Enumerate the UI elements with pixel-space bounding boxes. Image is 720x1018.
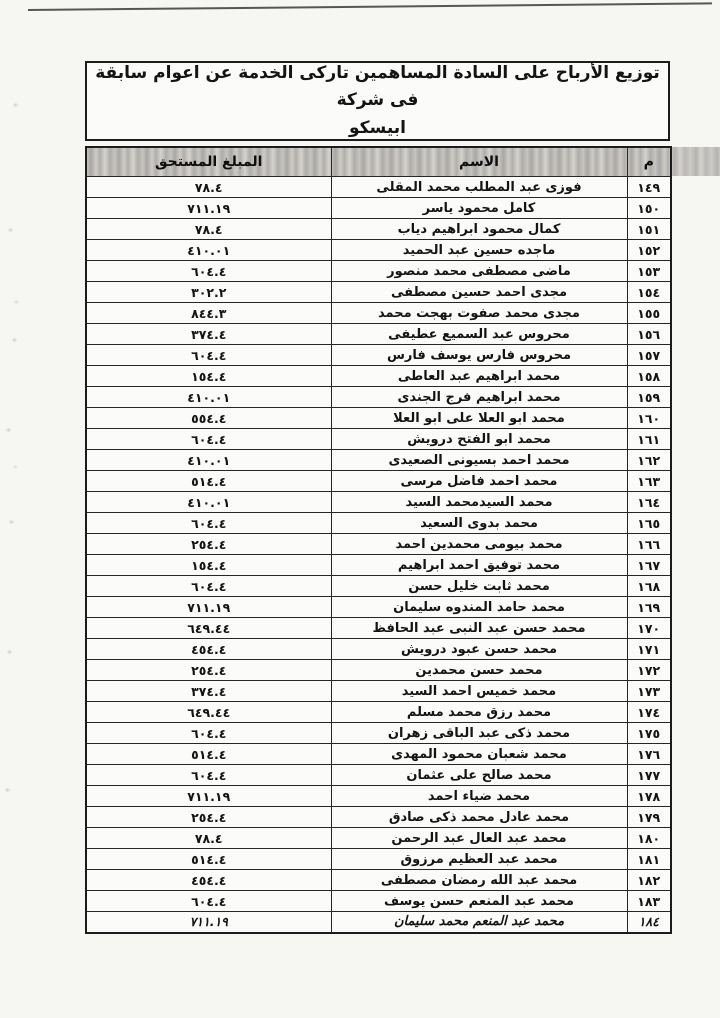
cell-amount-due: ٦٠٤.٤ bbox=[86, 891, 331, 912]
column-header-amount-due: المبلغ المستحق bbox=[86, 147, 331, 177]
column-header-name: الاسم bbox=[331, 147, 627, 177]
table-row: ١٥٠كامل محمود ياسر٧١١.١٩ bbox=[86, 198, 671, 219]
cell-shareholder-name: محمد حسن عبود درويش bbox=[331, 639, 627, 660]
cell-amount-due: ٦٤٩.٤٤ bbox=[86, 618, 331, 639]
cell-amount-due: ٤١٠.٠١ bbox=[86, 450, 331, 471]
cell-row-number: ١٦١ bbox=[627, 429, 671, 450]
cell-shareholder-name: محمد بيومى محمدين احمد bbox=[331, 534, 627, 555]
table-row: ١٨٠محمد عبد العال عبد الرحمن٧٨.٤ bbox=[86, 828, 671, 849]
cell-row-number: ١٦٩ bbox=[627, 597, 671, 618]
cell-amount-due: ١٥٤.٤ bbox=[86, 555, 331, 576]
cell-amount-due: ٣٠٢.٢ bbox=[86, 282, 331, 303]
cell-shareholder-name: محمد عبد المنعم حسن يوسف bbox=[331, 891, 627, 912]
scan-artifact bbox=[8, 228, 13, 232]
cell-row-number: ١٥٦ bbox=[627, 324, 671, 345]
cell-row-number: ١٧٣ bbox=[627, 681, 671, 702]
table-rows: ١٤٩فوزى عبد المطلب محمد المقلى٧٨.٤١٥٠كام… bbox=[86, 177, 671, 933]
cell-shareholder-name: محمد بدوى السعيد bbox=[331, 513, 627, 534]
table-row: ١٥٦محروس عبد السميع عطيفى٣٧٤.٤ bbox=[86, 324, 671, 345]
table-row: ١٨٣محمد عبد المنعم حسن يوسف٦٠٤.٤ bbox=[86, 891, 671, 912]
cell-amount-due: ٧١١.١٩ bbox=[86, 198, 331, 219]
cell-row-number: ١٦٧ bbox=[627, 555, 671, 576]
cell-amount-due: ٤٥٤.٤ bbox=[86, 639, 331, 660]
cell-shareholder-name: محمد خميس احمد السيد bbox=[331, 681, 627, 702]
table-row: ١٦٥محمد بدوى السعيد٦٠٤.٤ bbox=[86, 513, 671, 534]
cell-amount-due: ٣٧٤.٤ bbox=[86, 681, 331, 702]
cell-shareholder-name: كمال محمود ابراهيم دياب bbox=[331, 219, 627, 240]
table-row: ١٦١محمد ابو الفتح درويش٦٠٤.٤ bbox=[86, 429, 671, 450]
table-row: ١٦٧محمد توفيق احمد ابراهيم١٥٤.٤ bbox=[86, 555, 671, 576]
cell-row-number: ١٥٩ bbox=[627, 387, 671, 408]
table-row: ١٥٧محروس فارس يوسف فارس٦٠٤.٤ bbox=[86, 345, 671, 366]
cell-row-number: ١٦٥ bbox=[627, 513, 671, 534]
table-row: ١٦٢محمد احمد بسيونى الصعيدى٤١٠.٠١ bbox=[86, 450, 671, 471]
cell-amount-due: ٣٧٤.٤ bbox=[86, 324, 331, 345]
cell-shareholder-name: مجدى احمد حسين مصطفى bbox=[331, 282, 627, 303]
cell-shareholder-name: محمد السيدمحمد السيد bbox=[331, 492, 627, 513]
cell-amount-due: ٦٠٤.٤ bbox=[86, 429, 331, 450]
cell-amount-due: ٤١٠.٠١ bbox=[86, 492, 331, 513]
table-row: ١٧٧محمد صالح على عثمان٦٠٤.٤ bbox=[86, 765, 671, 786]
cell-amount-due: ٥٥٤.٤ bbox=[86, 408, 331, 429]
cell-amount-due: ٤٥٤.٤ bbox=[86, 870, 331, 891]
cell-amount-due: ٧٨.٤ bbox=[86, 177, 331, 198]
cell-shareholder-name: محمد ابراهيم فرج الجندى bbox=[331, 387, 627, 408]
scan-artifact bbox=[13, 103, 18, 107]
cell-shareholder-name: ماضى مصطفى محمد منصور bbox=[331, 261, 627, 282]
cell-amount-due: ٢٥٤.٤ bbox=[86, 660, 331, 681]
table-row: ١٥٥مجدى محمد صفوت بهجت محمد٨٤٤.٣ bbox=[86, 303, 671, 324]
cell-amount-due: ٧١١.١٩ bbox=[86, 786, 331, 807]
cell-row-number: ١٧٢ bbox=[627, 660, 671, 681]
cell-row-number: ١٧١ bbox=[627, 639, 671, 660]
cell-amount-due: ٤١٠.٠١ bbox=[86, 387, 331, 408]
cell-row-number: ١٧٦ bbox=[627, 744, 671, 765]
table-row: ١٥٨محمد ابراهيم عبد العاطى١٥٤.٤ bbox=[86, 366, 671, 387]
cell-amount-due: ٦٠٤.٤ bbox=[86, 765, 331, 786]
cell-amount-due: ٥١٤.٤ bbox=[86, 849, 331, 870]
cell-row-number: ١٨٠ bbox=[627, 828, 671, 849]
table-row: ١٧٠محمد حسن عبد النبى عبد الحافظ٦٤٩.٤٤ bbox=[86, 618, 671, 639]
cell-row-number: ١٨٤ bbox=[627, 912, 671, 933]
table-row: ١٧٩محمد عادل محمد ذكى صادق٢٥٤.٤ bbox=[86, 807, 671, 828]
cell-row-number: ١٦٨ bbox=[627, 576, 671, 597]
table-row: ١٥١كمال محمود ابراهيم دياب٧٨.٤ bbox=[86, 219, 671, 240]
cell-amount-due: ٧٨.٤ bbox=[86, 828, 331, 849]
table-row: ١٧٤محمد رزق محمد مسلم٦٤٩.٤٤ bbox=[86, 702, 671, 723]
cell-shareholder-name: محمد صالح على عثمان bbox=[331, 765, 627, 786]
cell-amount-due: ٦٠٤.٤ bbox=[86, 576, 331, 597]
cell-row-number: ١٦٦ bbox=[627, 534, 671, 555]
cell-shareholder-name: محمد عبد المنعم محمد سليمان bbox=[331, 912, 627, 933]
cell-shareholder-name: محمد عبد الله رمضان مصطفى bbox=[331, 870, 627, 891]
table-row: ١٧٥محمد ذكى عبد الباقى زهران٦٠٤.٤ bbox=[86, 723, 671, 744]
cell-row-number: ١٧٧ bbox=[627, 765, 671, 786]
table-row: ١٥٩محمد ابراهيم فرج الجندى٤١٠.٠١ bbox=[86, 387, 671, 408]
cell-shareholder-name: محمد عادل محمد ذكى صادق bbox=[331, 807, 627, 828]
table-row: ١٦٦محمد بيومى محمدين احمد٢٥٤.٤ bbox=[86, 534, 671, 555]
cell-shareholder-name: كامل محمود ياسر bbox=[331, 198, 627, 219]
scan-artifact bbox=[12, 338, 17, 342]
cell-row-number: ١٨٢ bbox=[627, 870, 671, 891]
cell-row-number: ١٤٩ bbox=[627, 177, 671, 198]
cell-shareholder-name: محمد حسن محمدين bbox=[331, 660, 627, 681]
cell-shareholder-name: محمد ابراهيم عبد العاطى bbox=[331, 366, 627, 387]
cell-row-number: ١٨١ bbox=[627, 849, 671, 870]
cell-shareholder-name: محمد ذكى عبد الباقى زهران bbox=[331, 723, 627, 744]
cell-shareholder-name: محمد ابو الفتح درويش bbox=[331, 429, 627, 450]
cell-shareholder-name: محروس فارس يوسف فارس bbox=[331, 345, 627, 366]
cell-row-number: ١٦٠ bbox=[627, 408, 671, 429]
cell-row-number: ١٨٣ bbox=[627, 891, 671, 912]
cell-row-number: ١٥١ bbox=[627, 219, 671, 240]
table-row: ١٨١محمد عبد العظيم مرزوق٥١٤.٤ bbox=[86, 849, 671, 870]
table-row: ١٧٣محمد خميس احمد السيد٣٧٤.٤ bbox=[86, 681, 671, 702]
cell-amount-due: ٧١١.١٩ bbox=[86, 912, 331, 933]
cell-row-number: ١٦٣ bbox=[627, 471, 671, 492]
table-row: ١٥٣ماضى مصطفى محمد منصور٦٠٤.٤ bbox=[86, 261, 671, 282]
cell-row-number: ١٥٤ bbox=[627, 282, 671, 303]
cell-row-number: ١٧٠ bbox=[627, 618, 671, 639]
cell-row-number: ١٧٨ bbox=[627, 786, 671, 807]
table-row: ١٨٢محمد عبد الله رمضان مصطفى٤٥٤.٤ bbox=[86, 870, 671, 891]
table-row: ١٧٦محمد شعبان محمود المهدى٥١٤.٤ bbox=[86, 744, 671, 765]
cell-shareholder-name: فوزى عبد المطلب محمد المقلى bbox=[331, 177, 627, 198]
scan-line bbox=[28, 2, 712, 11]
scan-artifact bbox=[9, 520, 14, 524]
cell-amount-due: ٨٤٤.٣ bbox=[86, 303, 331, 324]
table-row: ١٥٤مجدى احمد حسين مصطفى٣٠٢.٢ bbox=[86, 282, 671, 303]
table-row: ١٦٨محمد ثابت خليل حسن٦٠٤.٤ bbox=[86, 576, 671, 597]
cell-shareholder-name: محمد عبد العظيم مرزوق bbox=[331, 849, 627, 870]
cell-amount-due: ٦٠٤.٤ bbox=[86, 345, 331, 366]
cell-shareholder-name: محمد حسن عبد النبى عبد الحافظ bbox=[331, 618, 627, 639]
cell-row-number: ١٧٩ bbox=[627, 807, 671, 828]
cell-amount-due: ٥١٤.٤ bbox=[86, 744, 331, 765]
cell-shareholder-name: مجدى محمد صفوت بهجت محمد bbox=[331, 303, 627, 324]
cell-shareholder-name: محمد رزق محمد مسلم bbox=[331, 702, 627, 723]
table-row: ١٤٩فوزى عبد المطلب محمد المقلى٧٨.٤ bbox=[86, 177, 671, 198]
cell-shareholder-name: محمد احمد فاضل مرسى bbox=[331, 471, 627, 492]
table-row: ١٦٠محمد ابو العلا على ابو العلا٥٥٤.٤ bbox=[86, 408, 671, 429]
table-row: ١٧٢محمد حسن محمدين٢٥٤.٤ bbox=[86, 660, 671, 681]
cell-shareholder-name: محمد ابو العلا على ابو العلا bbox=[331, 408, 627, 429]
cell-shareholder-name: محمد ضياء احمد bbox=[331, 786, 627, 807]
cell-shareholder-name: محمد حامد المندوه سليمان bbox=[331, 597, 627, 618]
table-row: ١٧٨محمد ضياء احمد٧١١.١٩ bbox=[86, 786, 671, 807]
cell-row-number: ١٥٢ bbox=[627, 240, 671, 261]
table-row: ١٨٤محمد عبد المنعم محمد سليمان٧١١.١٩ bbox=[86, 912, 671, 933]
cell-shareholder-name: محمد عبد العال عبد الرحمن bbox=[331, 828, 627, 849]
cell-shareholder-name: محمد شعبان محمود المهدى bbox=[331, 744, 627, 765]
cell-amount-due: ٧١١.١٩ bbox=[86, 597, 331, 618]
table-row: ١٦٤محمد السيدمحمد السيد٤١٠.٠١ bbox=[86, 492, 671, 513]
scanned-document: توزيع الأرباح على السادة المساهمين تاركى… bbox=[85, 61, 670, 934]
cell-row-number: ١٧٤ bbox=[627, 702, 671, 723]
column-header-number: م bbox=[627, 147, 671, 177]
cell-amount-due: ٥١٤.٤ bbox=[86, 471, 331, 492]
cell-shareholder-name: ماجده حسين عبد الحميد bbox=[331, 240, 627, 261]
scan-artifact bbox=[14, 300, 19, 304]
cell-row-number: ١٦٢ bbox=[627, 450, 671, 471]
table-row: ١٧١محمد حسن عبود درويش٤٥٤.٤ bbox=[86, 639, 671, 660]
cell-shareholder-name: محمد ثابت خليل حسن bbox=[331, 576, 627, 597]
cell-shareholder-name: محروس عبد السميع عطيفى bbox=[331, 324, 627, 345]
scan-artifact bbox=[13, 465, 18, 469]
cell-row-number: ١٥٣ bbox=[627, 261, 671, 282]
scan-artifact bbox=[7, 650, 12, 654]
cell-row-number: ١٥٥ bbox=[627, 303, 671, 324]
document-title-line2: ابيسكو bbox=[349, 115, 406, 142]
cell-row-number: ١٥٧ bbox=[627, 345, 671, 366]
table-header-row: م الاسم المبلغ المستحق bbox=[86, 147, 671, 177]
cell-row-number: ١٦٤ bbox=[627, 492, 671, 513]
cell-amount-due: ٢٥٤.٤ bbox=[86, 807, 331, 828]
table-row: ١٦٣محمد احمد فاضل مرسى٥١٤.٤ bbox=[86, 471, 671, 492]
cell-shareholder-name: محمد احمد بسيونى الصعيدى bbox=[331, 450, 627, 471]
table-row: ١٦٩محمد حامد المندوه سليمان٧١١.١٩ bbox=[86, 597, 671, 618]
document-title-box: توزيع الأرباح على السادة المساهمين تاركى… bbox=[85, 61, 670, 141]
cell-shareholder-name: محمد توفيق احمد ابراهيم bbox=[331, 555, 627, 576]
header-shading-smudge bbox=[670, 147, 720, 176]
document-title-line1: توزيع الأرباح على السادة المساهمين تاركى… bbox=[87, 60, 668, 114]
cell-amount-due: ٧٨.٤ bbox=[86, 219, 331, 240]
cell-amount-due: ٦٠٤.٤ bbox=[86, 261, 331, 282]
cell-row-number: ١٥٠ bbox=[627, 198, 671, 219]
cell-amount-due: ٦٤٩.٤٤ bbox=[86, 702, 331, 723]
scan-artifact bbox=[6, 428, 11, 432]
cell-amount-due: ١٥٤.٤ bbox=[86, 366, 331, 387]
cell-amount-due: ٦٠٤.٤ bbox=[86, 513, 331, 534]
shareholders-table: م الاسم المبلغ المستحق ١٤٩فوزى عبد المطل… bbox=[85, 146, 672, 934]
cell-amount-due: ٦٠٤.٤ bbox=[86, 723, 331, 744]
cell-amount-due: ٤١٠.٠١ bbox=[86, 240, 331, 261]
cell-amount-due: ٢٥٤.٤ bbox=[86, 534, 331, 555]
scan-artifact bbox=[5, 788, 10, 792]
cell-row-number: ١٧٥ bbox=[627, 723, 671, 744]
table-row: ١٥٢ماجده حسين عبد الحميد٤١٠.٠١ bbox=[86, 240, 671, 261]
cell-row-number: ١٥٨ bbox=[627, 366, 671, 387]
